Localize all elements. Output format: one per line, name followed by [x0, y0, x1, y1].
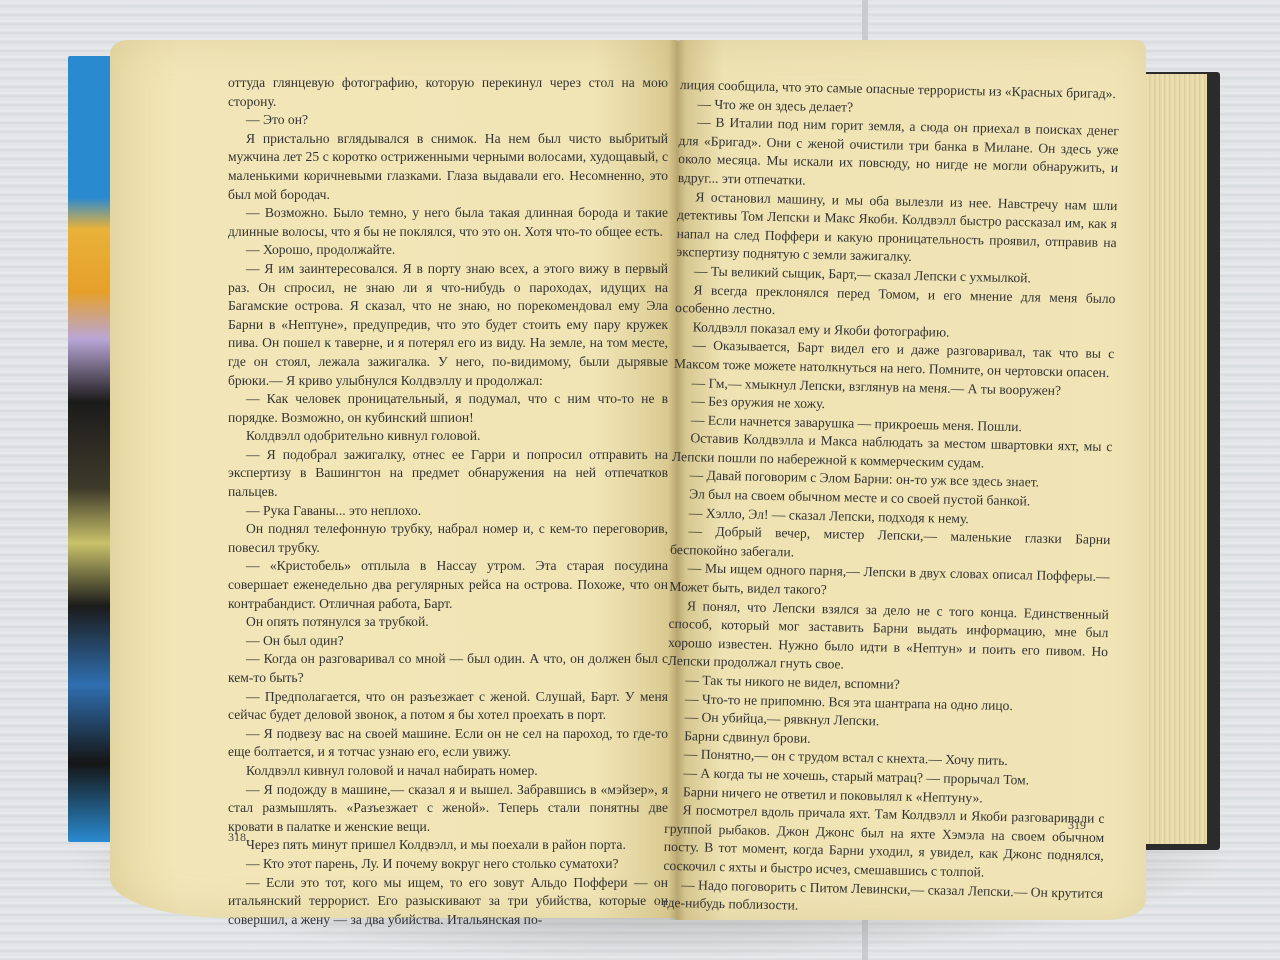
paragraph: — Рука Гаваны... это неплохо. — [228, 502, 668, 521]
right-page-number: 319 — [1068, 818, 1086, 833]
paragraph: — Хорошо, продолжайте. — [228, 241, 668, 260]
paragraph: Колдвэлл одобрительно кивнул головой. — [228, 427, 668, 446]
paragraph: Он поднял телефонную трубку, набрал номе… — [228, 520, 668, 557]
paragraph: — Я им заинтересовался. Я в порту знаю в… — [228, 260, 668, 390]
paragraph: — Если это тот, кого мы ищем, то его зов… — [228, 874, 668, 930]
left-page-number: 318 — [228, 830, 246, 845]
right-page-text: лиция сообщила, что это самые опасные те… — [662, 76, 1119, 922]
paragraph: — Я подожду в машине,— сказал я и вышел.… — [228, 781, 668, 837]
paragraph: Он опять потянулся за трубкой. — [228, 613, 668, 632]
paragraph: Я пристально вглядывался в снимок. На не… — [228, 130, 668, 204]
paragraph: — Он был один? — [228, 632, 668, 651]
paragraph: — В Италии под ним горит земля, а сюда о… — [678, 113, 1119, 197]
paragraph: Колдвэлл кивнул головой и начал набирать… — [228, 762, 668, 781]
paragraph: — Я подвезу вас на своей машине. Если он… — [228, 725, 668, 762]
paragraph: — Это он? — [228, 111, 668, 130]
paragraph: оттуда глянцевую фотографию, которую пер… — [228, 74, 668, 111]
paragraph: Я посмотрел вдоль причала яхт. Там Колдв… — [663, 801, 1104, 885]
paragraph: — Кто этот парень, Лу. И почему вокруг н… — [228, 855, 668, 874]
left-page-text: оттуда глянцевую фотографию, которую пер… — [228, 74, 668, 929]
paragraph: — Я подобрал зажигалку, отнес ее Гарри и… — [228, 446, 668, 502]
paragraph: — Как человек проницательный, я подумал,… — [228, 390, 668, 427]
paragraph: — «Кристобель» отплыла в Нассау утром. Э… — [228, 557, 668, 613]
paragraph: — Предполагается, что он разъезжает с же… — [228, 688, 668, 725]
paragraph: Через пять минут пришел Колдвэлл, и мы п… — [228, 836, 668, 855]
paragraph: Я понял, что Лепски взялся за дело не с … — [668, 597, 1109, 681]
paragraph: — Когда он разговаривал со мной — был од… — [228, 650, 668, 687]
paragraph: — Возможно. Было темно, у него была така… — [228, 204, 668, 241]
paragraph: Я остановил машину, и мы оба вылезли из … — [676, 188, 1117, 272]
